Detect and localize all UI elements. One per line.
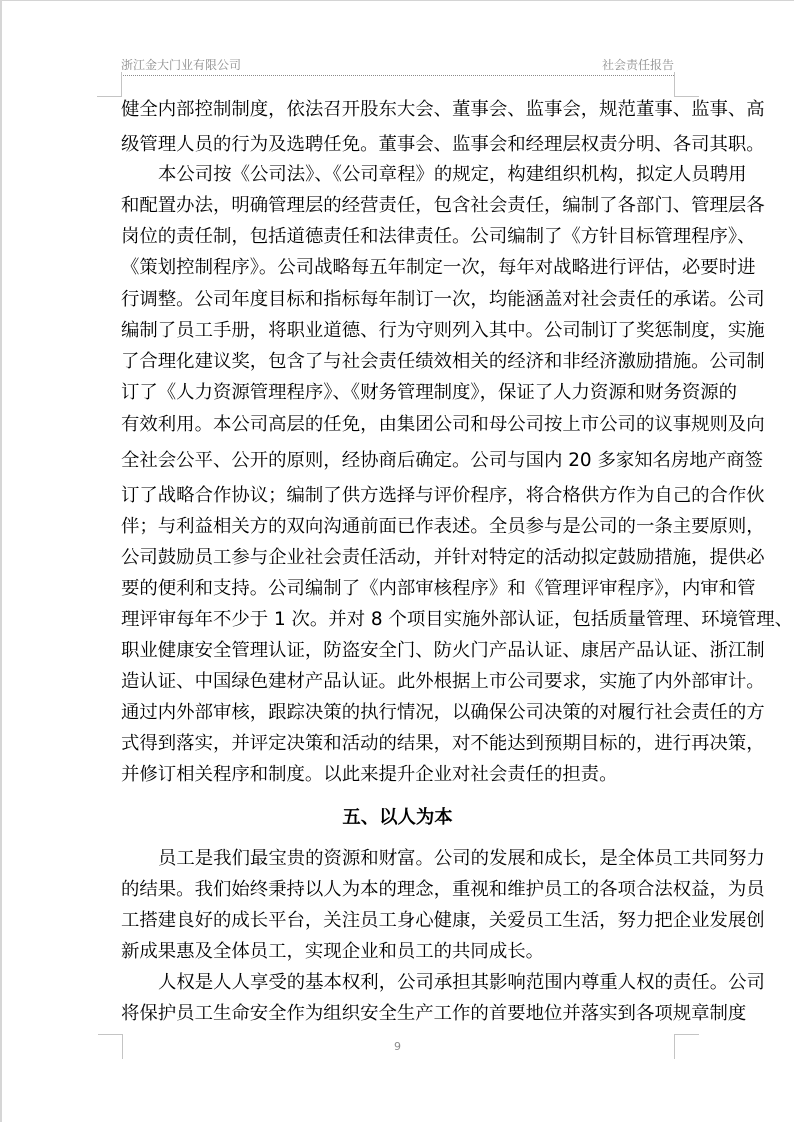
margin-corner-top-right	[674, 72, 699, 97]
text-line: 行调整。公司年度目标和指标每年制订一次，均能涵盖对社会责任的承诺。公司	[121, 288, 674, 312]
text-line: 工搭建良好的成长平台，关注员工身心健康，关爱员工生活，努力把企业发展创	[121, 909, 674, 933]
text-line: 级管理人员的行为及选聘任免。董事会、监事会和经理层权责分明、各司其职。	[121, 133, 674, 157]
text-line: 有效利用。本公司高层的任免，由集团公司和母公司按上市公司的议事规则及向	[121, 413, 674, 437]
text-line: 通过内外部审核，跟踪决策的执行情况，以确保公司决策的对履行社会责任的方	[121, 701, 674, 725]
text-line: 本公司按《公司法》、《公司章程》的规定，构建组织机构，拟定人员聘用	[121, 163, 674, 187]
page-edge-left	[0, 0, 2, 1122]
page-number: 9	[121, 1040, 674, 1053]
page-edge-top	[0, 0, 794, 1]
text-line: 订了战略合作协议；编制了供方选择与评价程序，将合格供方作为自己的合作伙	[121, 484, 674, 508]
text-line: 造认证、中国绿色建材产品认证。此外根据上市公司要求，实施了内外部审计。	[121, 670, 674, 694]
text-line: 和配置办法，明确管理层的经营责任，包含社会责任，编制了各部门、管理层各	[121, 194, 674, 218]
text-line: 《策划控制程序》。公司战略每五年制定一次，每年对战略进行评估，必要时进	[121, 256, 674, 280]
text-line: 理评审每年不少于 1 次。并对 8 个项目实施外部认证，包括质量管理、环境管理、	[121, 608, 674, 632]
text-line: 人权是人人享受的基本权利，公司承担其影响范围内尊重人权的责任。公司	[121, 971, 674, 995]
header-report-title: 社会责任报告	[602, 56, 674, 74]
text-line: 员工是我们最宝贵的资源和财富。公司的发展和成长，是全体员工共同努力	[121, 847, 674, 871]
text-line: 将保护员工生命安全作为组织安全生产工作的首要地位并落实到各项规章制度	[121, 1002, 674, 1026]
margin-corner-top-left	[97, 72, 122, 97]
section-heading: 五、以人为本	[121, 806, 674, 830]
text-line: 岗位的责任制，包括道德责任和法律责任。公司编制了《方针目标管理程序》、	[121, 225, 674, 249]
text-line: 健全内部控制制度，依法召开股东大会、董事会、监事会，规范董事、监事、高	[121, 98, 674, 122]
margin-corner-bottom-right	[674, 1034, 699, 1059]
header-company-name: 浙江金大门业有限公司	[121, 56, 241, 74]
text-line: 的结果。我们始终秉持以人为本的理念，重视和维护员工的各项合法权益，为员	[121, 878, 674, 902]
text-line: 了合理化建议奖，包含了与社会责任绩效相关的经济和非经济激励措施。公司制	[121, 350, 674, 374]
text-line: 新成果惠及全体员工，实现企业和员工的共同成长。	[121, 940, 674, 964]
text-line: 编制了员工手册，将职业道德、行为守则列入其中。公司制订了奖惩制度，实施	[121, 319, 674, 343]
margin-corner-bottom-left	[98, 1034, 123, 1059]
text-line: 公司鼓励员工参与企业社会责任活动，并针对特定的活动拟定鼓励措施，提供必	[121, 546, 674, 570]
text-line: 订了《人力资源管理程序》、《财务管理制度》，保证了人力资源和财务资源的	[121, 381, 674, 405]
text-line: 职业健康安全管理认证，防盗安全门、防火门产品认证、康居产品认证、浙江制	[121, 639, 674, 663]
text-line: 并修订相关程序和制度。以此来提升企业对社会责任的担责。	[121, 763, 674, 787]
text-line: 伴；与利益相关方的双向沟通前面已作表述。全员参与是公司的一条主要原则，	[121, 515, 674, 539]
text-line: 全社会公平、公开的原则，经协商后确定。公司与国内 20 多家知名房地产商签	[121, 449, 674, 473]
page-header: 浙江金大门业有限公司 社会责任报告	[121, 56, 674, 76]
text-line: 式得到落实，并评定决策和活动的结果，对不能达到预期目标的，进行再决策，	[121, 732, 674, 756]
text-line: 要的便利和支持。公司编制了《内部审核程序》和《管理评审程序》，内审和管	[121, 577, 674, 601]
